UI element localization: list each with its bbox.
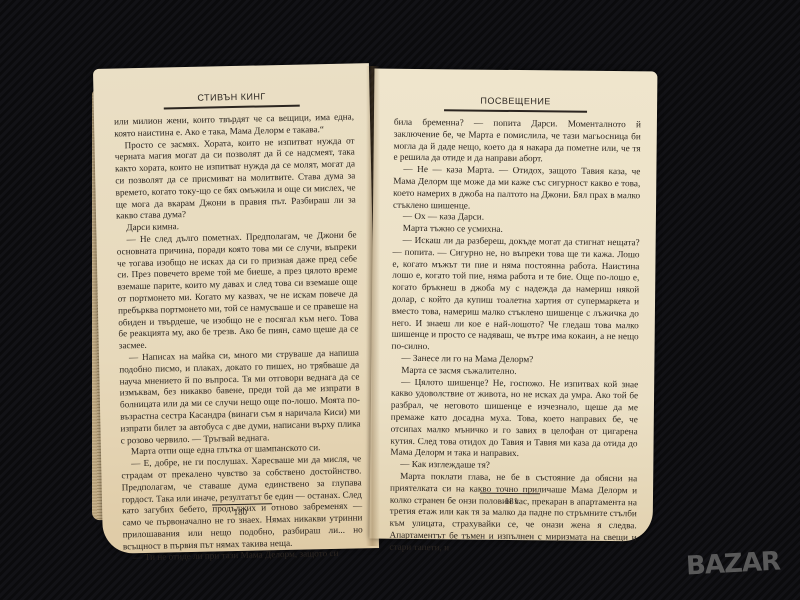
right-page-body: била бременна? — попита Дарси. Моменталн… <box>389 117 641 556</box>
paragraph: Просто се засмях. Хората, които не изпит… <box>114 135 356 223</box>
running-head-author: СТИВЪН КИНГ <box>93 89 369 105</box>
header-rule <box>164 105 300 109</box>
bazar-watermark-logo: BAZAR <box>685 547 780 582</box>
running-head-title: ПОСВЕЩЕНИЕ <box>374 95 657 108</box>
paragraph: — Написах на майка си, много ми струваше… <box>119 347 361 446</box>
book-spine-gutter <box>366 66 380 546</box>
left-page: СТИВЪН КИНГ или милион жени, които твърд… <box>93 63 379 554</box>
header-rule <box>444 109 587 112</box>
paragraph: — Цялото шишенце? Не, госпожо. Не изпитв… <box>390 376 638 461</box>
paragraph: — Не след дълго пометнах. Предполагам, ч… <box>116 229 358 352</box>
left-page-body: или милион жени, които твърдят че са вещ… <box>114 111 363 564</box>
right-page: ПОСВЕЩЕНИЕ била бременна? — попита Дарси… <box>370 69 658 542</box>
paragraph: Марта поклати глава, не бе в състояние д… <box>389 471 637 556</box>
paragraph: — Не — каза Марта. — Отидох, защото Тави… <box>393 164 640 214</box>
paragraph: била бременна? — попита Дарси. Моменталн… <box>393 117 640 167</box>
paragraph: — Искаш ли да разбереш, докъде могат да … <box>391 235 639 356</box>
